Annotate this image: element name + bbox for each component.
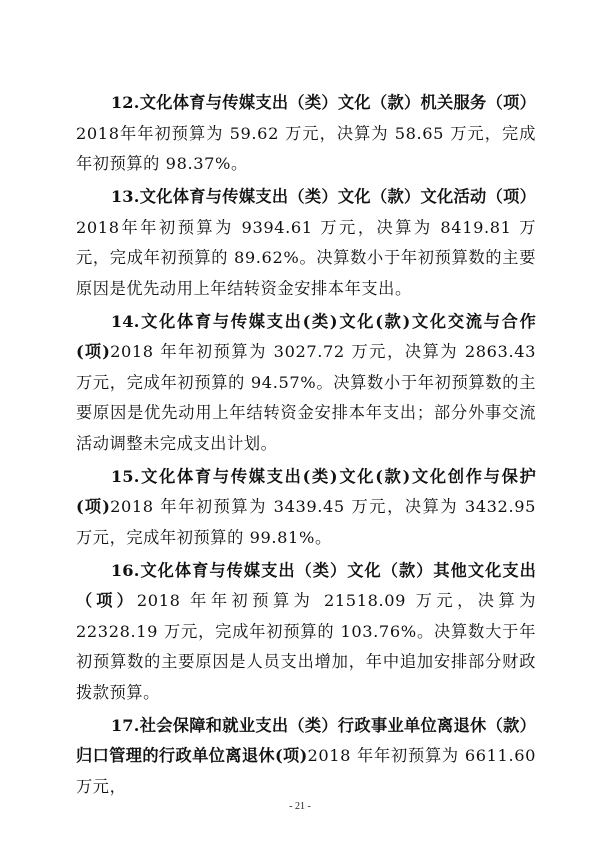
page-number: - 21 - <box>0 801 600 812</box>
item-number: 13. <box>111 187 140 206</box>
item-title: 文化体育与传媒支出（类）文化（款）机关服务（项） <box>140 93 536 112</box>
item-title: 文化体育与传媒支出（类）文化（款）文化活动（项） <box>140 187 536 206</box>
document-page: 12.文化体育与传媒支出（类）文化（款）机关服务（项）2018年年初预算为 59… <box>76 88 536 802</box>
item-number: 17. <box>111 716 140 735</box>
item-body: 2018 年年初预算为 21518.09 万元，决算为 22328.19 万元，… <box>76 591 536 702</box>
paragraph-item-15: 15.文化体育与传媒支出(类)文化(款)文化创作与保护(项)2018 年年初预算… <box>76 462 536 554</box>
item-body: 2018 年年初预算为 3027.72 万元，决算为 2863.43 万元，完成… <box>76 342 536 453</box>
paragraph-item-17: 17.社会保障和就业支出（类）行政事业单位离退休（款）归口管理的行政单位离退休(… <box>76 711 536 803</box>
item-body: 2018 年年初预算为 3439.45 万元，决算为 3432.95 万元，完成… <box>76 497 536 547</box>
paragraph-item-14: 14.文化体育与传媒支出(类)文化(款)文化交流与合作(项)2018 年年初预算… <box>76 307 536 460</box>
paragraph-item-13: 13.文化体育与传媒支出（类）文化（款）文化活动（项）2018年年初预算为 93… <box>76 182 536 304</box>
item-body: 2018年年初预算为 59.62 万元，决算为 58.65 万元，完成年初预算的… <box>76 124 536 174</box>
paragraph-item-16: 16.文化体育与传媒支出（类）文化（款）其他文化支出（项）2018 年年初预算为… <box>76 556 536 709</box>
item-number: 16. <box>111 561 140 580</box>
item-body: 2018年年初预算为 9394.61 万元，决算为 8419.81 万元，完成年… <box>76 218 536 298</box>
item-number: 14. <box>111 312 140 331</box>
paragraph-item-12: 12.文化体育与传媒支出（类）文化（款）机关服务（项）2018年年初预算为 59… <box>76 88 536 180</box>
item-number: 15. <box>111 467 140 486</box>
item-number: 12. <box>111 93 140 112</box>
